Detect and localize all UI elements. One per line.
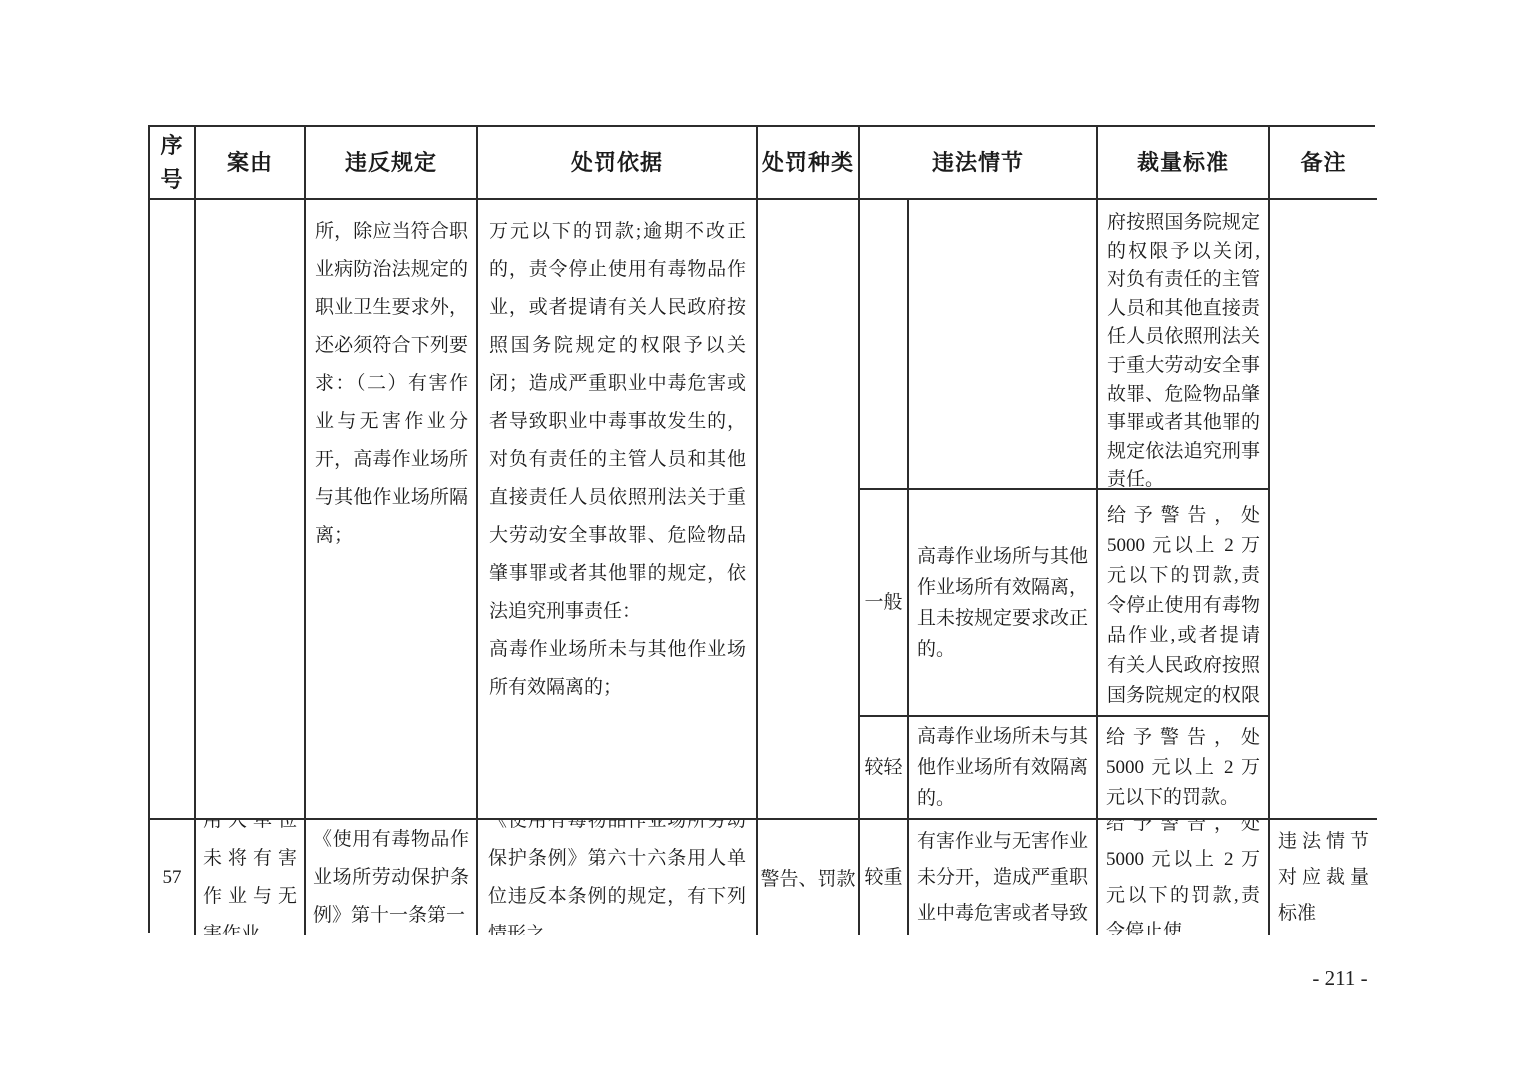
circumstance-text: 有害作业与无害作业未分开，造成严重职业中毒危害或者导致	[917, 824, 1088, 932]
cont-remark-cell	[1270, 200, 1377, 820]
cont-penalty-type-cell	[758, 200, 860, 820]
header-remark: 备注	[1270, 127, 1377, 200]
header-label: 处罚种类	[762, 146, 854, 180]
header-serial-number: 序号	[150, 127, 196, 200]
severity-label: 较重	[864, 867, 902, 889]
standard-text: 府按照国务院规定的权限予以关闭,对负有责任的主管人员和其他直接责任人员依照刑法关…	[1107, 209, 1260, 490]
header-label: 违法情节	[932, 146, 1024, 180]
penalty-table: 序号 案由 违反规定 处罚依据 处罚种类 违法情节 裁量标准 备注 所，除应当符…	[148, 125, 1375, 933]
severity-cell-b: 一般	[860, 490, 909, 717]
cont-penalty-basis-cell: 万元以下的罚款;逾期不改正的，责令停止使用有毒物品作业，或者提请有关人民政府按照…	[478, 200, 758, 820]
circumstance-cell-c: 高毒作业场所未与其他作业场所有效隔离的。	[909, 717, 1098, 820]
document-page: 序号 案由 违反规定 处罚依据 处罚种类 违法情节 裁量标准 备注 所，除应当符…	[0, 0, 1520, 1074]
standard-cell-c: 给予警告，处 5000 元以上 2 万元以下的罚款。	[1098, 717, 1270, 820]
row57-circumstance-cell: 有害作业与无害作业未分开，造成严重职业中毒危害或者导致	[909, 820, 1098, 935]
page-number: - 211 -	[1290, 966, 1390, 991]
standard-text: 给予警告，处 5000 元以上 2 万元以下的罚款。	[1106, 723, 1260, 813]
violated-rule-text: 所，除应当符合职业病防治法规定的职业卫生要求外，还必须符合下列要求：（二）有害作…	[315, 213, 468, 555]
header-label: 违反规定	[345, 146, 437, 180]
serial-number: 57	[163, 867, 182, 889]
row57-remark-cell: 违法情节对应裁量标准	[1270, 820, 1377, 935]
severity-cell-a	[860, 200, 909, 490]
severity-label: 一般	[864, 592, 902, 614]
header-label: 案由	[227, 146, 273, 180]
standard-cell-a: 府按照国务院规定的权限予以关闭,对负有责任的主管人员和其他直接责任人员依照刑法关…	[1098, 200, 1270, 490]
header-violation-detail: 违法情节	[860, 127, 1098, 200]
cont-cause-cell	[196, 200, 306, 820]
violated-rule-text: 《使用有毒物品作业场所劳动保护条例》第十一条第一	[313, 821, 469, 935]
standard-text: 给予警告，处 5000 元以上 2 万元以下的罚款,责令停止使	[1106, 820, 1260, 935]
cause-text: 用人单位未将有害作业与无害作业	[203, 820, 297, 935]
circumstance-cell-b: 高毒作业场所与其他作业场所有效隔离，且未按规定要求改正的。	[909, 490, 1098, 717]
row57-serial-cell: 57	[150, 820, 196, 935]
severity-label: 较轻	[864, 757, 902, 779]
header-discretion-standard: 裁量标准	[1098, 127, 1270, 200]
penalty-type-text: 警告、罚款	[760, 864, 855, 891]
circumstance-text: 高毒作业场所与其他作业场所有效隔离，且未按规定要求改正的。	[917, 541, 1088, 665]
header-penalty-basis: 处罚依据	[478, 127, 758, 200]
row57-severity-cell: 较重	[860, 820, 909, 935]
penalty-basis-paragraph-1: 万元以下的罚款;逾期不改正的，责令停止使用有毒物品作业，或者提请有关人民政府按照…	[489, 213, 746, 631]
remark-text: 违法情节对应裁量标准	[1278, 824, 1369, 932]
circumstance-cell-a	[909, 200, 1098, 490]
circumstance-text: 高毒作业场所未与其他作业场所有效隔离的。	[917, 721, 1088, 814]
cont-violated-rule-cell: 所，除应当符合职业病防治法规定的职业卫生要求外，还必须符合下列要求：（二）有害作…	[306, 200, 478, 820]
row57-violated-rule-cell: 《使用有毒物品作业场所劳动保护条例》第十一条第一	[306, 820, 478, 935]
header-label: 处罚依据	[571, 146, 663, 180]
severity-cell-c: 较轻	[860, 717, 909, 820]
cont-serial-cell	[150, 200, 196, 820]
header-label: 备注	[1300, 146, 1346, 180]
header-violated-rule: 违反规定	[306, 127, 478, 200]
row57-standard-cell: 给予警告，处 5000 元以上 2 万元以下的罚款,责令停止使	[1098, 820, 1270, 935]
row57-penalty-type-cell: 警告、罚款	[758, 820, 860, 935]
penalty-basis-text: 《使用有毒物品作业场所劳动保护条例》第六十六条用人单位违反本条例的规定，有下列情…	[485, 820, 749, 935]
row57-penalty-basis-cell: 《使用有毒物品作业场所劳动保护条例》第六十六条用人单位违反本条例的规定，有下列情…	[478, 820, 758, 935]
standard-cell-b: 给予警告，处 5000 元以上 2 万元以下的罚款,责令停止使用有毒物品作业,或…	[1098, 490, 1270, 717]
row57-cause-cell: 用人单位未将有害作业与无害作业	[196, 820, 306, 935]
header-label: 裁量标准	[1137, 146, 1229, 180]
standard-text: 给予警告，处 5000 元以上 2 万元以下的罚款,责令停止使用有毒物品作业,或…	[1107, 501, 1260, 717]
header-cause: 案由	[196, 127, 306, 200]
header-penalty-type: 处罚种类	[758, 127, 860, 200]
header-label: 序号	[150, 129, 194, 197]
penalty-basis-paragraph-2: 高毒作业场所未与其他作业场所有效隔离的；	[489, 631, 746, 707]
